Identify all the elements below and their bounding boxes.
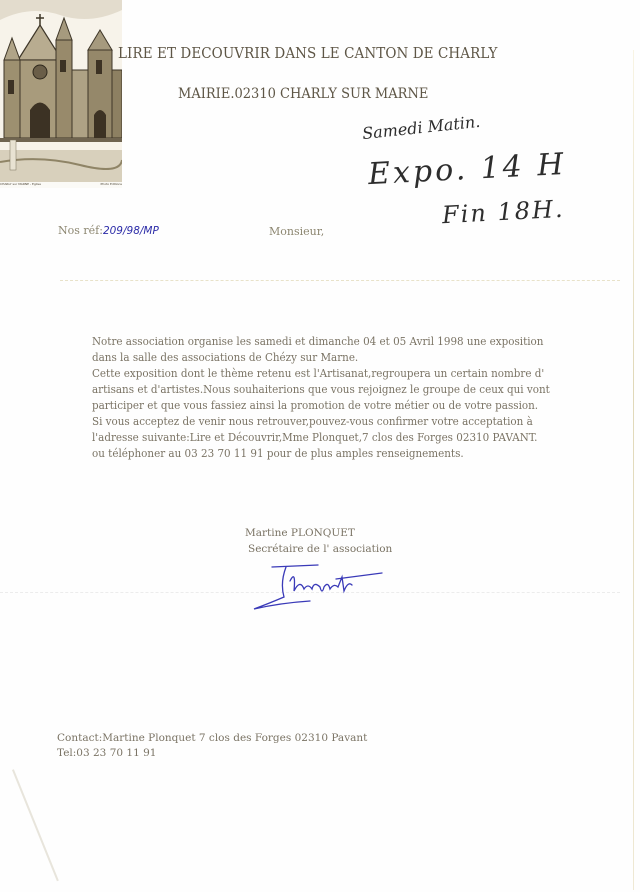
- handwritten-note-line: Fin 18H.: [441, 195, 565, 229]
- letterhead-subtitle: MAIRIE.02310 CHARLY SUR MARNE: [178, 86, 428, 102]
- handwritten-note-line: Samedi Matin.: [361, 112, 481, 143]
- body-line: Notre association organise les samedi et…: [92, 334, 501, 350]
- salutation: Monsieur,: [269, 225, 324, 238]
- footer-tel: Tel:03 23 70 11 91: [57, 746, 367, 761]
- body-line: dans la salle des associations de Chézy …: [92, 350, 501, 366]
- church-illustration: CHARLY sur MARNE - Eglise Photo Editions: [0, 0, 122, 188]
- church-drawing-icon: [0, 0, 122, 182]
- signer-role: Secrétaire de l' association: [245, 541, 392, 557]
- signature: [250, 563, 390, 617]
- footer-contact-line: Contact:Martine Plonquet 7 clos des Forg…: [57, 731, 367, 746]
- letter-page: CHARLY sur MARNE - Eglise Photo Editions…: [0, 0, 640, 892]
- body-line: l'adresse suivante:Lire et Découvrir,Mme…: [92, 430, 501, 446]
- fold-line: [60, 280, 620, 281]
- reference-value: 209/98/MP: [103, 225, 159, 237]
- signature-icon: [250, 563, 390, 613]
- handwritten-note-line: Expo. 14 H: [367, 147, 567, 192]
- body-line: participer et que vous fassiez ainsi la …: [92, 398, 501, 414]
- caption-left: CHARLY sur MARNE - Eglise: [0, 182, 41, 186]
- letterhead-title: LIRE ET DECOUVRIR DANS LE CANTON DE CHAR…: [118, 46, 490, 62]
- body-line: artisans et d'artistes.Nous souhaiterion…: [92, 382, 501, 398]
- body-line: Si vous acceptez de venir nous retrouver…: [92, 414, 501, 430]
- reference-label: Nos réf:: [58, 224, 103, 237]
- reference: Nos réf:209/98/MP: [58, 224, 159, 237]
- paper-edge: [633, 50, 634, 890]
- body-line: Cette exposition dont le thème retenu es…: [92, 366, 501, 382]
- caption-right: Photo Editions: [101, 182, 122, 186]
- body-line: ou téléphoner au 03 23 70 11 91 pour de …: [92, 446, 501, 462]
- illustration-caption: CHARLY sur MARNE - Eglise Photo Editions: [0, 182, 122, 186]
- letter-body: Notre association organise les samedi et…: [92, 334, 501, 462]
- paper-crease: [12, 769, 59, 881]
- signer-block: Martine PLONQUET Secrétaire de l' associ…: [245, 525, 392, 557]
- footer-contact: Contact:Martine Plonquet 7 clos des Forg…: [57, 731, 367, 761]
- signer-name: Martine PLONQUET: [245, 525, 392, 541]
